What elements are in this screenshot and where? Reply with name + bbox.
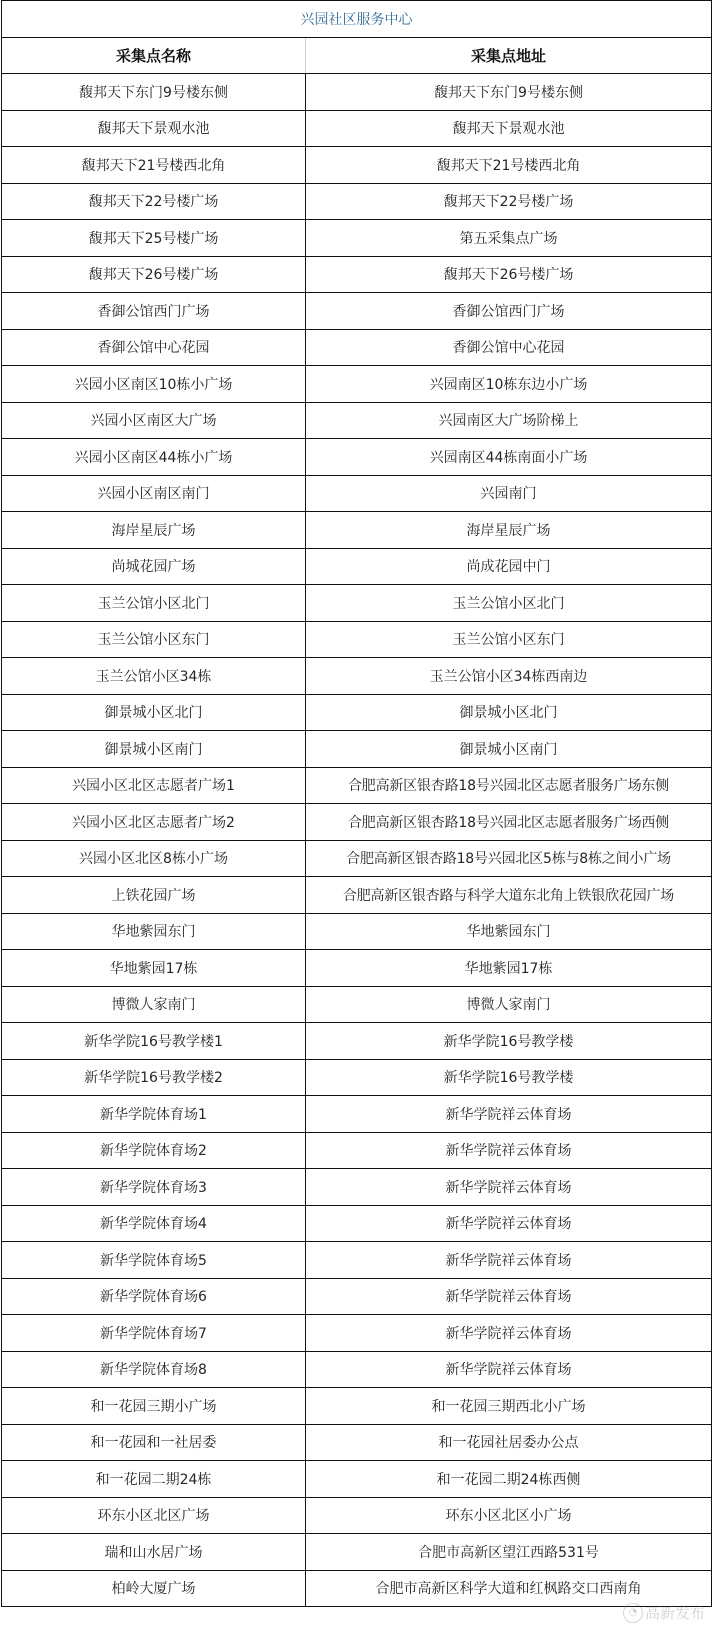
cell-point-name: 馥邦天下22号楼广场 (2, 183, 306, 220)
table-row: 馥邦天下25号楼广场第五采集点广场 (2, 220, 712, 257)
table-row: 玉兰公馆小区北门玉兰公馆小区北门 (2, 585, 712, 622)
table-row: 馥邦天下景观水池馥邦天下景观水池 (2, 110, 712, 147)
cell-point-name: 华地紫园17栋 (2, 950, 306, 987)
cell-point-address: 新华学院祥云体育场 (306, 1242, 712, 1279)
table-row: 新华学院体育场6新华学院祥云体育场 (2, 1278, 712, 1315)
cell-point-name: 海岸星辰广场 (2, 512, 306, 549)
cell-point-address: 馥邦天下东门9号楼东侧 (306, 74, 712, 111)
table-row: 兴园小区南区44栋小广场兴园南区44栋南面小广场 (2, 439, 712, 476)
table-row: 华地紫园17栋华地紫园17栋 (2, 950, 712, 987)
table-row: 兴园小区南区南门兴园南门 (2, 475, 712, 512)
cell-point-name: 玉兰公馆小区东门 (2, 621, 306, 658)
table-row: 环东小区北区广场环东小区北区小广场 (2, 1497, 712, 1534)
cell-point-name: 馥邦天下21号楼西北角 (2, 147, 306, 184)
table-row: 馥邦天下26号楼广场馥邦天下26号楼广场 (2, 256, 712, 293)
cell-point-name: 兴园小区北区志愿者广场1 (2, 767, 306, 804)
table-row: 和一花园和一社居委和一花园社居委办公点 (2, 1424, 712, 1461)
cell-point-address: 和一花园三期西北小广场 (306, 1388, 712, 1425)
table-row: 新华学院体育场1新华学院祥云体育场 (2, 1096, 712, 1133)
cell-point-address: 合肥高新区银杏路18号兴园北区志愿者服务广场东侧 (306, 767, 712, 804)
cell-point-name: 馥邦天下景观水池 (2, 110, 306, 147)
table-row: 兴园小区北区志愿者广场2合肥高新区银杏路18号兴园北区志愿者服务广场西侧 (2, 804, 712, 841)
cell-point-address: 御景城小区南门 (306, 731, 712, 768)
cell-point-address: 御景城小区北门 (306, 694, 712, 731)
cell-point-name: 新华学院体育场3 (2, 1169, 306, 1206)
cell-point-address: 新华学院16号教学楼 (306, 1059, 712, 1096)
table-row: 新华学院体育场2新华学院祥云体育场 (2, 1132, 712, 1169)
cell-point-address: 合肥高新区银杏路与科学大道东北角上铁银欣花园广场 (306, 877, 712, 914)
cell-point-address: 玉兰公馆小区北门 (306, 585, 712, 622)
cell-point-name: 玉兰公馆小区34栋 (2, 658, 306, 695)
cell-point-name: 御景城小区南门 (2, 731, 306, 768)
title-row: 兴园社区服务中心 (2, 1, 712, 38)
cell-point-name: 和一花园二期24栋 (2, 1461, 306, 1498)
table-title: 兴园社区服务中心 (2, 1, 712, 38)
cell-point-address: 华地紫园东门 (306, 913, 712, 950)
table-row: 兴园小区南区大广场兴园南区大广场阶梯上 (2, 402, 712, 439)
cell-point-address: 博微人家南门 (306, 986, 712, 1023)
table-row: 柏岭大厦广场合肥市高新区科学大道和红枫路交口西南角 (2, 1570, 712, 1607)
cell-point-name: 新华学院体育场2 (2, 1132, 306, 1169)
cell-point-name: 柏岭大厦广场 (2, 1570, 306, 1607)
table-row: 御景城小区南门御景城小区南门 (2, 731, 712, 768)
cell-point-address: 合肥高新区银杏路18号兴园北区5栋与8栋之间小广场 (306, 840, 712, 877)
cell-point-name: 新华学院体育场4 (2, 1205, 306, 1242)
table-row: 华地紫园东门华地紫园东门 (2, 913, 712, 950)
cell-point-address: 兴园南区大广场阶梯上 (306, 402, 712, 439)
cell-point-name: 瑞和山水居广场 (2, 1534, 306, 1571)
cell-point-address: 合肥市高新区望江西路531号 (306, 1534, 712, 1571)
cell-point-name: 兴园小区南区44栋小广场 (2, 439, 306, 476)
table-row: 博微人家南门博微人家南门 (2, 986, 712, 1023)
cell-point-address: 华地紫园17栋 (306, 950, 712, 987)
column-header-address: 采集点地址 (306, 37, 712, 74)
table-row: 新华学院体育场3新华学院祥云体育场 (2, 1169, 712, 1206)
table-row: 和一花园二期24栋和一花园二期24栋西侧 (2, 1461, 712, 1498)
cell-point-name: 和一花园三期小广场 (2, 1388, 306, 1425)
cell-point-name: 和一花园和一社居委 (2, 1424, 306, 1461)
table-row: 新华学院体育场4新华学院祥云体育场 (2, 1205, 712, 1242)
cell-point-name: 新华学院体育场6 (2, 1278, 306, 1315)
cell-point-address: 新华学院祥云体育场 (306, 1096, 712, 1133)
cell-point-name: 香御公馆西门广场 (2, 293, 306, 330)
cell-point-address: 尚成花园中门 (306, 548, 712, 585)
cell-point-name: 玉兰公馆小区北门 (2, 585, 306, 622)
cell-point-name: 新华学院体育场5 (2, 1242, 306, 1279)
table-row: 新华学院16号教学楼1新华学院16号教学楼 (2, 1023, 712, 1060)
cell-point-name: 兴园小区北区8栋小广场 (2, 840, 306, 877)
table-body: 馥邦天下东门9号楼东侧馥邦天下东门9号楼东侧馥邦天下景观水池馥邦天下景观水池馥邦… (2, 74, 712, 1607)
cell-point-address: 新华学院祥云体育场 (306, 1278, 712, 1315)
cell-point-address: 馥邦天下22号楼广场 (306, 183, 712, 220)
table-row: 新华学院体育场7新华学院祥云体育场 (2, 1315, 712, 1352)
cell-point-name: 御景城小区北门 (2, 694, 306, 731)
table-row: 香御公馆西门广场香御公馆西门广场 (2, 293, 712, 330)
cell-point-address: 新华学院祥云体育场 (306, 1169, 712, 1206)
cell-point-address: 新华学院祥云体育场 (306, 1132, 712, 1169)
cell-point-name: 兴园小区南区10栋小广场 (2, 366, 306, 403)
table-row: 海岸星辰广场海岸星辰广场 (2, 512, 712, 549)
cell-point-address: 馥邦天下21号楼西北角 (306, 147, 712, 184)
cell-point-name: 尚城花园广场 (2, 548, 306, 585)
cell-point-address: 和一花园二期24栋西侧 (306, 1461, 712, 1498)
cell-point-address: 环东小区北区小广场 (306, 1497, 712, 1534)
table-row: 新华学院体育场8新华学院祥云体育场 (2, 1351, 712, 1388)
cell-point-name: 环东小区北区广场 (2, 1497, 306, 1534)
collection-points-table: 兴园社区服务中心 采集点名称 采集点地址 馥邦天下东门9号楼东侧馥邦天下东门9号… (1, 0, 712, 1607)
cell-point-name: 新华学院体育场1 (2, 1096, 306, 1133)
table-row: 馥邦天下东门9号楼东侧馥邦天下东门9号楼东侧 (2, 74, 712, 111)
table-row: 兴园小区北区志愿者广场1合肥高新区银杏路18号兴园北区志愿者服务广场东侧 (2, 767, 712, 804)
table-row: 新华学院体育场5新华学院祥云体育场 (2, 1242, 712, 1279)
cell-point-name: 馥邦天下25号楼广场 (2, 220, 306, 257)
table-row: 兴园小区北区8栋小广场合肥高新区银杏路18号兴园北区5栋与8栋之间小广场 (2, 840, 712, 877)
cell-point-address: 合肥高新区银杏路18号兴园北区志愿者服务广场西侧 (306, 804, 712, 841)
cell-point-name: 馥邦天下26号楼广场 (2, 256, 306, 293)
cell-point-address: 海岸星辰广场 (306, 512, 712, 549)
cell-point-name: 新华学院16号教学楼2 (2, 1059, 306, 1096)
cell-point-name: 兴园小区南区南门 (2, 475, 306, 512)
cell-point-address: 新华学院祥云体育场 (306, 1351, 712, 1388)
cell-point-address: 玉兰公馆小区34栋西南边 (306, 658, 712, 695)
cell-point-address: 兴园南区44栋南面小广场 (306, 439, 712, 476)
table-row: 尚城花园广场尚成花园中门 (2, 548, 712, 585)
table-row: 御景城小区北门御景城小区北门 (2, 694, 712, 731)
cell-point-name: 兴园小区南区大广场 (2, 402, 306, 439)
cell-point-name: 香御公馆中心花园 (2, 329, 306, 366)
cell-point-name: 新华学院体育场8 (2, 1351, 306, 1388)
cell-point-name: 上铁花园广场 (2, 877, 306, 914)
cell-point-address: 和一花园社居委办公点 (306, 1424, 712, 1461)
table-row: 和一花园三期小广场和一花园三期西北小广场 (2, 1388, 712, 1425)
cell-point-address: 兴园南区10栋东边小广场 (306, 366, 712, 403)
cell-point-name: 新华学院体育场7 (2, 1315, 306, 1352)
cell-point-address: 第五采集点广场 (306, 220, 712, 257)
cell-point-name: 兴园小区北区志愿者广场2 (2, 804, 306, 841)
table-row: 瑞和山水居广场合肥市高新区望江西路531号 (2, 1534, 712, 1571)
table-row: 新华学院16号教学楼2新华学院16号教学楼 (2, 1059, 712, 1096)
cell-point-address: 香御公馆西门广场 (306, 293, 712, 330)
cell-point-address: 馥邦天下景观水池 (306, 110, 712, 147)
table-row: 香御公馆中心花园香御公馆中心花园 (2, 329, 712, 366)
column-header-name: 采集点名称 (2, 37, 306, 74)
cell-point-address: 新华学院祥云体育场 (306, 1205, 712, 1242)
cell-point-address: 新华学院祥云体育场 (306, 1315, 712, 1352)
table-row: 上铁花园广场合肥高新区银杏路与科学大道东北角上铁银欣花园广场 (2, 877, 712, 914)
cell-point-name: 新华学院16号教学楼1 (2, 1023, 306, 1060)
cell-point-name: 华地紫园东门 (2, 913, 306, 950)
cell-point-address: 玉兰公馆小区东门 (306, 621, 712, 658)
cell-point-address: 新华学院16号教学楼 (306, 1023, 712, 1060)
cell-point-address: 香御公馆中心花园 (306, 329, 712, 366)
header-row: 采集点名称 采集点地址 (2, 37, 712, 74)
cell-point-address: 馥邦天下26号楼广场 (306, 256, 712, 293)
cell-point-address: 合肥市高新区科学大道和红枫路交口西南角 (306, 1570, 712, 1607)
cell-point-name: 博微人家南门 (2, 986, 306, 1023)
table-row: 馥邦天下21号楼西北角馥邦天下21号楼西北角 (2, 147, 712, 184)
table-row: 玉兰公馆小区东门玉兰公馆小区东门 (2, 621, 712, 658)
cell-point-name: 馥邦天下东门9号楼东侧 (2, 74, 306, 111)
cell-point-address: 兴园南门 (306, 475, 712, 512)
table-row: 馥邦天下22号楼广场馥邦天下22号楼广场 (2, 183, 712, 220)
table-row: 兴园小区南区10栋小广场兴园南区10栋东边小广场 (2, 366, 712, 403)
table-row: 玉兰公馆小区34栋玉兰公馆小区34栋西南边 (2, 658, 712, 695)
